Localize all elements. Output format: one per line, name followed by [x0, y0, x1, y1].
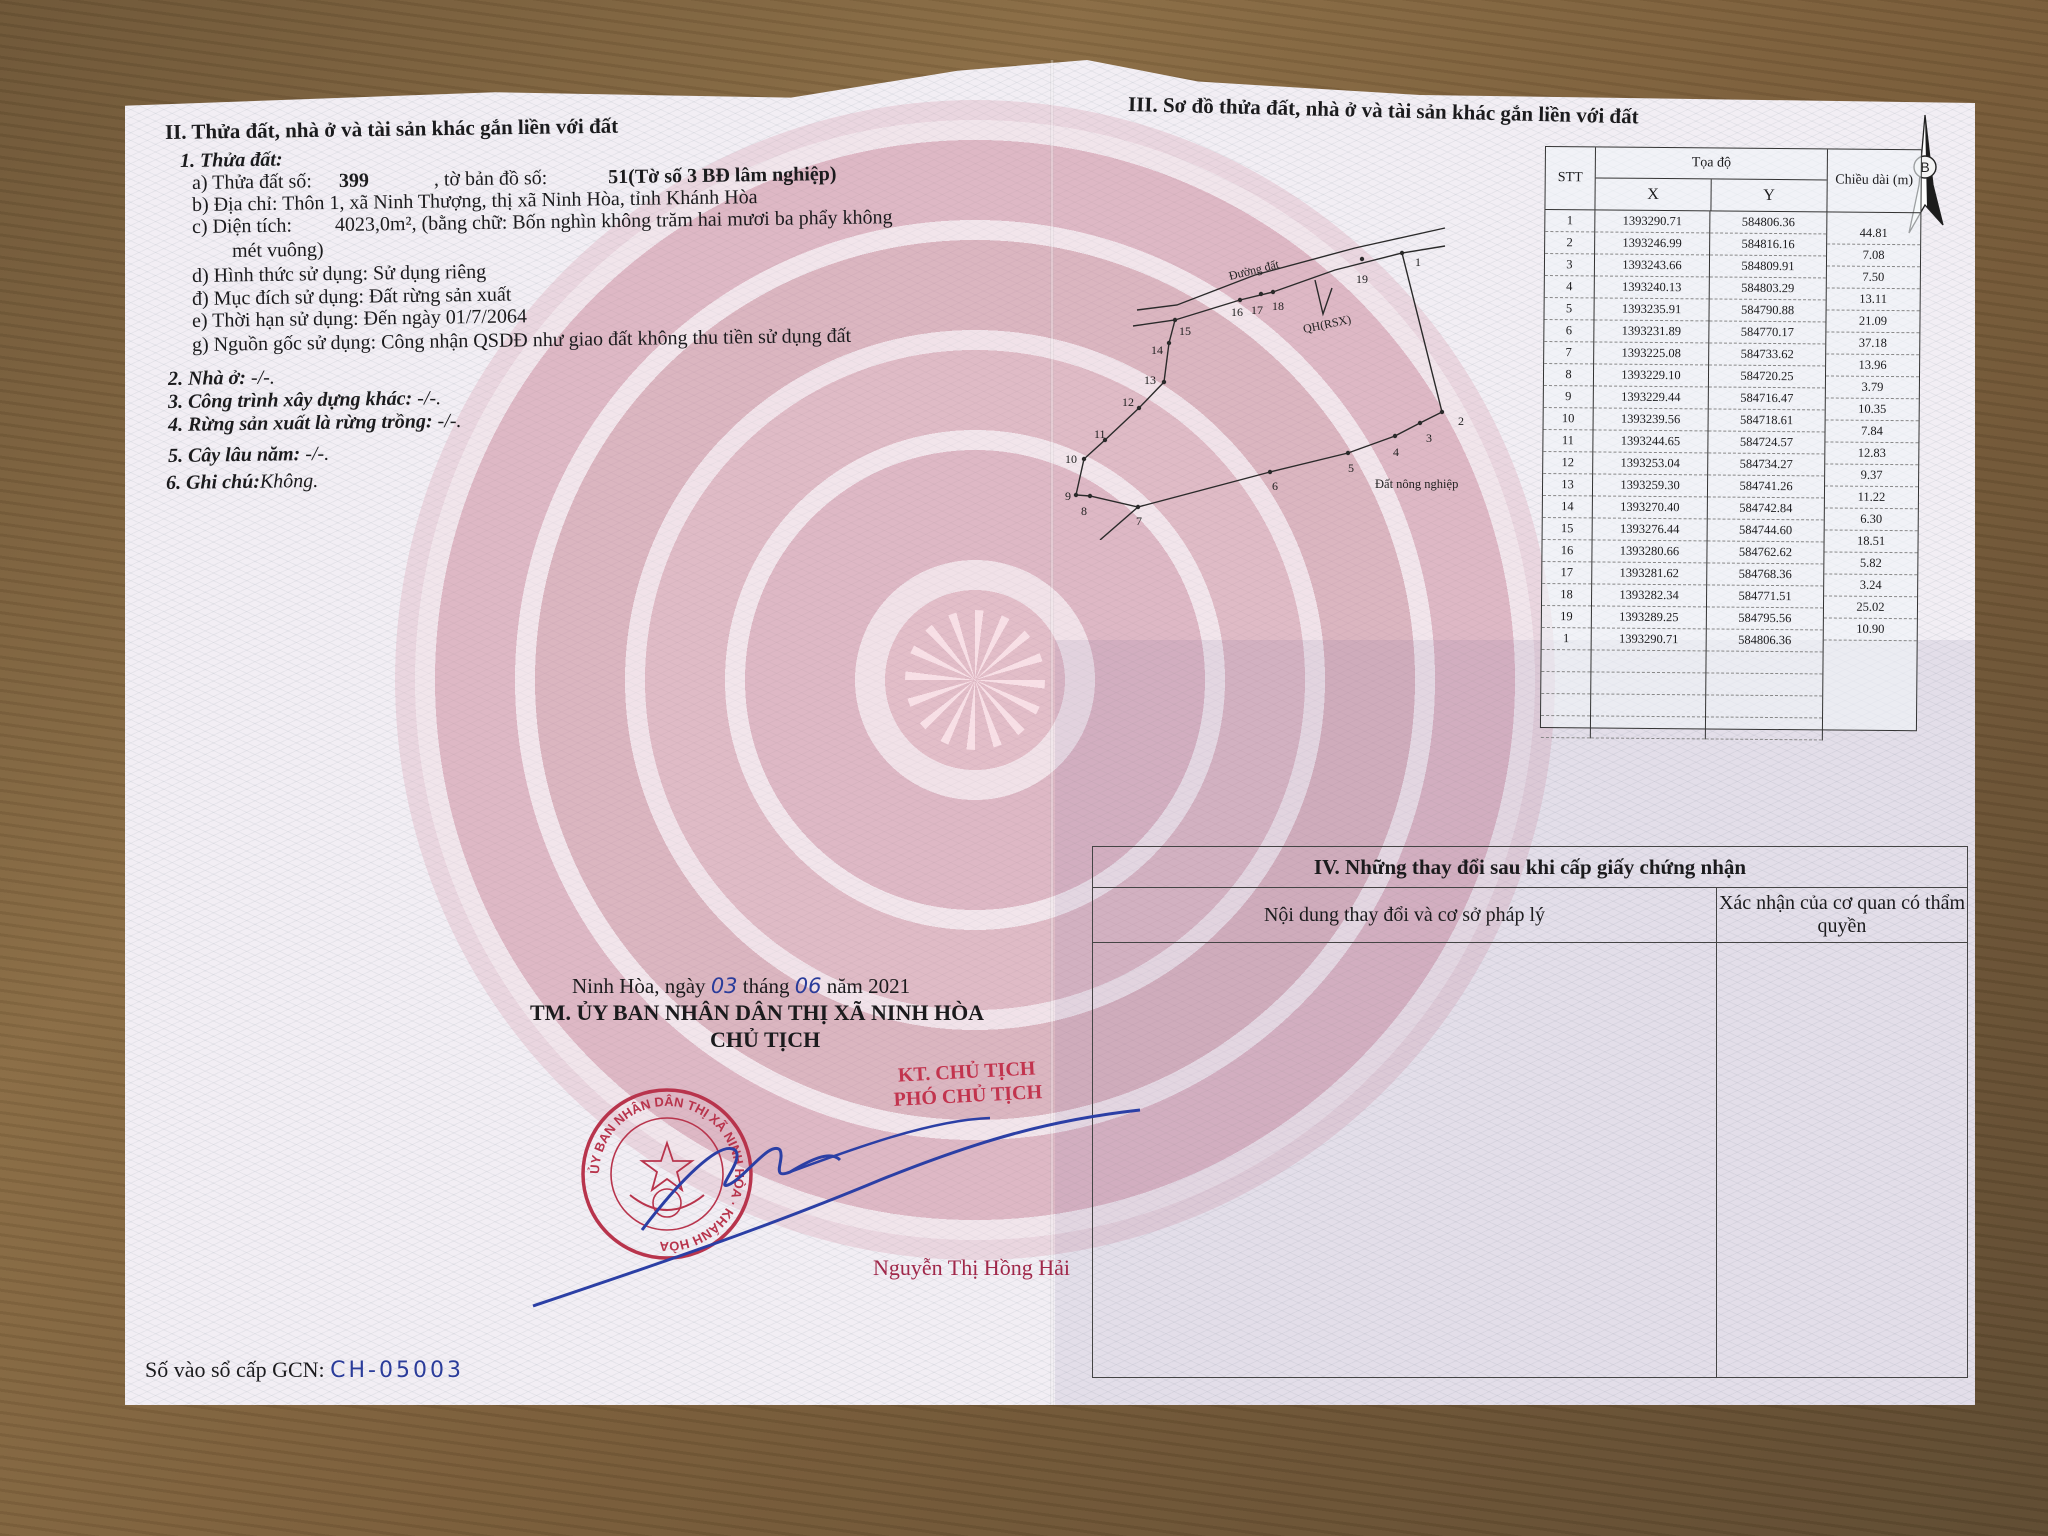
certificate-registry-number: Số vào sổ cấp GCN: CH-05003	[145, 1357, 464, 1383]
area-value-continued: mét vuông)	[232, 239, 324, 263]
table-cell-length: 13.11	[1827, 288, 1920, 311]
table-cell-length: 5.82	[1824, 552, 1917, 575]
issue-date: Ninh Hòa, ngày 03 tháng 06 năm 2021	[572, 974, 910, 999]
svg-text:14: 14	[1151, 343, 1163, 357]
header-coordinates: Tọa độ X Y	[1595, 147, 1828, 211]
table-cell-stt: 18	[1542, 584, 1591, 606]
header-authority-confirmation: Xác nhận của cơ quan có thẩm quyền	[1717, 888, 1967, 942]
table-cell-stt: 10	[1544, 408, 1593, 430]
table-cell-x: 1393253.04	[1593, 452, 1707, 475]
header-stt: STT	[1545, 147, 1596, 209]
coordinate-table-header: STT Tọa độ X Y Chiều dài (m)	[1545, 147, 1921, 213]
table-cell-y: 584768.36	[1707, 563, 1823, 586]
table-cell-stt: 4	[1545, 276, 1594, 298]
table-cell-stt: 15	[1543, 518, 1592, 540]
header-x: X	[1595, 178, 1711, 210]
table-empty-cell	[1591, 672, 1705, 695]
table-cell-y: 584770.17	[1709, 321, 1825, 344]
area-label: c) Diện tích:	[192, 215, 292, 238]
table-cell-y: 584790.88	[1709, 299, 1825, 322]
table-cell-stt: 1	[1545, 210, 1594, 232]
table-cell-stt: 9	[1544, 386, 1593, 408]
table-cell-x: 1393239.56	[1594, 408, 1708, 431]
planning-label: QH(RSX)	[1302, 312, 1353, 336]
table-cell-y: 584733.62	[1709, 343, 1825, 366]
length-column: 44.817.087.5013.1121.0937.1813.963.7910.…	[1823, 212, 1921, 741]
table-empty-cell	[1591, 716, 1705, 739]
table-cell-stt: 11	[1543, 430, 1592, 452]
neighbor-label: Đất nông nghiệp	[1375, 477, 1458, 491]
header-coord-label: Tọa độ	[1596, 147, 1827, 180]
table-cell-stt: 7	[1544, 342, 1593, 364]
house-row: 2. Nhà ở: -/-.	[168, 367, 275, 391]
parcel-number: 399	[339, 170, 369, 192]
table-cell-length: 12.83	[1825, 442, 1918, 465]
paper-fold-line	[1050, 60, 1054, 1405]
table-cell-x: 1393244.65	[1593, 430, 1707, 453]
table-cell-stt: 2	[1545, 232, 1594, 254]
svg-text:9: 9	[1065, 489, 1071, 503]
table-cell-length: 18.51	[1824, 530, 1917, 553]
planted-forest-row: 4. Rừng sản xuất là rừng trồng: -/-.	[168, 410, 462, 437]
header-change-content: Nội dung thay đổi và cơ sở pháp lý	[1093, 888, 1717, 942]
table-empty-cell	[1541, 716, 1590, 738]
table-empty-cell	[1541, 650, 1590, 672]
table-cell-y: 584771.51	[1707, 585, 1823, 608]
table-empty-cell	[1591, 650, 1705, 673]
road-edge-upper	[1137, 228, 1445, 310]
table-cell-stt: 3	[1545, 254, 1594, 276]
table-empty-cell	[1541, 694, 1590, 716]
svg-text:10: 10	[1065, 452, 1077, 466]
usage-term: e) Thời hạn sử dụng: Đến ngày 01/7/2064	[192, 305, 527, 333]
table-cell-x: 1393229.10	[1594, 364, 1708, 387]
perennial-row: 5. Cây lâu năm: -/-.	[168, 443, 329, 468]
table-cell-x: 1393270.40	[1593, 496, 1707, 519]
table-cell-x: 1393282.34	[1592, 584, 1706, 607]
map-sheet-label: , tờ bản đồ số:	[434, 167, 548, 191]
table-cell-y: 584734.27	[1708, 453, 1824, 476]
table-cell-stt: 1	[1542, 628, 1591, 650]
table-cell-length: 44.81	[1827, 222, 1920, 245]
issue-month: 06	[795, 974, 822, 998]
table-cell-stt: 19	[1542, 606, 1591, 628]
house-label: 2. Nhà ở:	[168, 367, 246, 390]
table-cell-x: 1393243.66	[1595, 254, 1709, 277]
perennial-label: 5. Cây lâu năm:	[168, 443, 301, 467]
table-empty-cell	[1706, 673, 1822, 696]
parcel-number-label: a) Thửa đất số:	[192, 170, 312, 194]
table-cell-stt: 13	[1543, 474, 1592, 496]
svg-text:17: 17	[1251, 303, 1263, 317]
table-cell-length: 37.18	[1826, 332, 1919, 355]
header-y: Y	[1711, 179, 1826, 211]
parcel-subheading: 1. Thửa đất:	[180, 149, 283, 173]
table-cell-y: 584803.29	[1710, 277, 1826, 300]
svg-text:8: 8	[1081, 504, 1087, 518]
note-row: 6. Ghi chú:Không.	[166, 470, 319, 495]
official-seal-icon: ỦY BAN NHÂN DÂN THỊ XÃ NINH HÒA · KHÁNH …	[578, 1085, 756, 1263]
table-cell-y: 584716.47	[1709, 387, 1825, 410]
note-value: Không.	[260, 470, 319, 493]
svg-text:4: 4	[1393, 445, 1399, 459]
svg-text:3: 3	[1426, 431, 1432, 445]
table-cell-x: 1393231.89	[1594, 320, 1708, 343]
table-cell-length: 3.79	[1826, 376, 1919, 399]
planning-arrow	[1315, 280, 1332, 314]
table-cell-stt: 5	[1544, 298, 1593, 320]
perennial-value: -/-.	[305, 443, 329, 465]
table-cell-y: 584816.16	[1710, 233, 1826, 256]
issuing-organization: TM. ỦY BAN NHÂN DÂN THỊ XÃ NINH HÒA	[530, 1000, 984, 1026]
road-edge-lower	[1133, 246, 1445, 326]
svg-text:19: 19	[1356, 272, 1368, 286]
issue-year: năm 2021	[827, 974, 910, 998]
svg-text:12: 12	[1122, 395, 1134, 409]
table-cell-y: 584809.91	[1710, 255, 1826, 278]
stt-column: 123456789101112131415161718191	[1541, 210, 1596, 738]
svg-text:11: 11	[1094, 427, 1106, 441]
planted-forest-label: 4. Rừng sản xuất là rừng trồng:	[168, 410, 433, 436]
parcel-boundary	[1076, 253, 1442, 507]
gcn-label: Số vào sổ cấp GCN:	[145, 1357, 325, 1382]
table-cell-stt: 8	[1544, 364, 1593, 386]
table-cell-length: 21.09	[1826, 310, 1919, 333]
table-cell-y: 584762.62	[1707, 541, 1823, 564]
table-cell-y: 584718.61	[1709, 409, 1825, 432]
change-content-cell	[1093, 943, 1717, 1377]
table-cell-stt: 17	[1542, 562, 1591, 584]
svg-text:13: 13	[1144, 373, 1156, 387]
table-cell-x: 1393240.13	[1595, 276, 1709, 299]
svg-text:7: 7	[1136, 514, 1142, 528]
planted-forest-value: -/-.	[437, 410, 461, 432]
table-cell-x: 1393235.91	[1594, 298, 1708, 321]
table-cell-stt: 16	[1542, 540, 1591, 562]
table-cell-stt: 6	[1544, 320, 1593, 342]
svg-text:18: 18	[1272, 299, 1284, 313]
coordinate-table-body: 123456789101112131415161718191 1393290.7…	[1541, 210, 1920, 729]
table-cell-x: 1393225.08	[1594, 342, 1708, 365]
table-cell-y: 584806.36	[1707, 629, 1823, 652]
table-cell-length: 10.90	[1824, 618, 1917, 641]
y-column: 584806.36584816.16584809.91584803.295847…	[1706, 211, 1828, 740]
boundary-extension	[1100, 507, 1138, 540]
issuing-role: CHỦ TỊCH	[710, 1027, 820, 1053]
table-cell-y: 584744.60	[1708, 519, 1824, 542]
table-cell-x: 1393289.25	[1592, 606, 1706, 629]
table-cell-y: 584742.84	[1708, 497, 1824, 520]
table-cell-length: 7.50	[1827, 266, 1920, 289]
table-cell-y: 584795.56	[1707, 607, 1823, 630]
table-cell-length: 25.02	[1824, 596, 1917, 619]
table-cell-x: 1393229.44	[1594, 386, 1708, 409]
section-4-title: IV. Những thay đổi sau khi cấp giấy chứn…	[1093, 847, 1967, 888]
table-cell-length: 10.35	[1826, 398, 1919, 421]
table-empty-cell	[1706, 717, 1822, 740]
table-cell-length: 7.08	[1827, 244, 1920, 267]
parcel-map: 123 456 789 101112 131415 161718 19 Đườn…	[1060, 220, 1490, 540]
map-sheet-number: 51(Tờ số 3 BĐ lâm nghiệp)	[608, 163, 837, 188]
table-cell-x: 1393276.44	[1593, 518, 1707, 541]
table-cell-y: 584724.57	[1708, 431, 1824, 454]
table-cell-x: 1393281.62	[1592, 562, 1706, 585]
table-cell-y: 584720.25	[1709, 365, 1825, 388]
house-value: -/-.	[251, 367, 275, 389]
svg-text:16: 16	[1231, 305, 1243, 319]
table-cell-length: 7.84	[1825, 420, 1918, 443]
note-label: 6. Ghi chú:	[166, 471, 260, 494]
svg-text:6: 6	[1272, 479, 1278, 493]
road-label: Đường đất	[1227, 257, 1281, 283]
month-label: tháng	[743, 974, 790, 998]
header-length: Chiều dài (m)	[1827, 149, 1921, 212]
issue-place: Ninh Hòa, ngày	[572, 974, 706, 998]
table-cell-x: 1393290.71	[1595, 210, 1709, 233]
table-empty-cell	[1706, 695, 1822, 718]
table-empty-cell	[1541, 672, 1590, 694]
other-construction-label: 3. Công trình xây dựng khác:	[168, 388, 413, 413]
svg-text:5: 5	[1348, 461, 1354, 475]
table-cell-stt: 14	[1543, 496, 1592, 518]
table-empty-cell	[1706, 651, 1822, 674]
table-cell-length: 6.30	[1825, 508, 1918, 531]
authority-confirmation-cell	[1717, 943, 1967, 1377]
table-cell-x: 1393246.99	[1595, 232, 1709, 255]
table-cell-length: 3.24	[1824, 574, 1917, 597]
signer-name: Nguyễn Thị Hồng Hải	[873, 1255, 1070, 1281]
issue-day: 03	[711, 974, 738, 998]
gcn-value: CH-05003	[330, 1358, 464, 1383]
table-cell-x: 1393280.66	[1592, 540, 1706, 563]
table-cell-y: 584806.36	[1710, 211, 1826, 234]
changes-table: IV. Những thay đổi sau khi cấp giấy chứn…	[1092, 846, 1968, 1378]
table-cell-x: 1393259.30	[1593, 474, 1707, 497]
table-cell-length: 13.96	[1826, 354, 1919, 377]
table-cell-stt: 12	[1543, 452, 1592, 474]
table-cell-length: 11.22	[1825, 486, 1918, 509]
deputy-chair-stamp: KT. CHỦ TỊCH PHÓ CHỦ TỊCH	[892, 1056, 1043, 1112]
svg-text:2: 2	[1458, 414, 1464, 428]
table-cell-x: 1393290.71	[1592, 628, 1706, 651]
svg-text:1: 1	[1415, 255, 1421, 269]
drum-star-icon	[905, 610, 1045, 750]
table-cell-y: 584741.26	[1708, 475, 1824, 498]
coordinate-table: STT Tọa độ X Y Chiều dài (m) 12345678910…	[1540, 146, 1922, 731]
other-construction-value: -/-.	[417, 387, 441, 409]
table-cell-length: 9.37	[1825, 464, 1918, 487]
x-column: 1393290.711393246.991393243.661393240.13…	[1591, 210, 1711, 739]
svg-text:15: 15	[1179, 324, 1191, 338]
table-empty-cell	[1591, 694, 1705, 717]
